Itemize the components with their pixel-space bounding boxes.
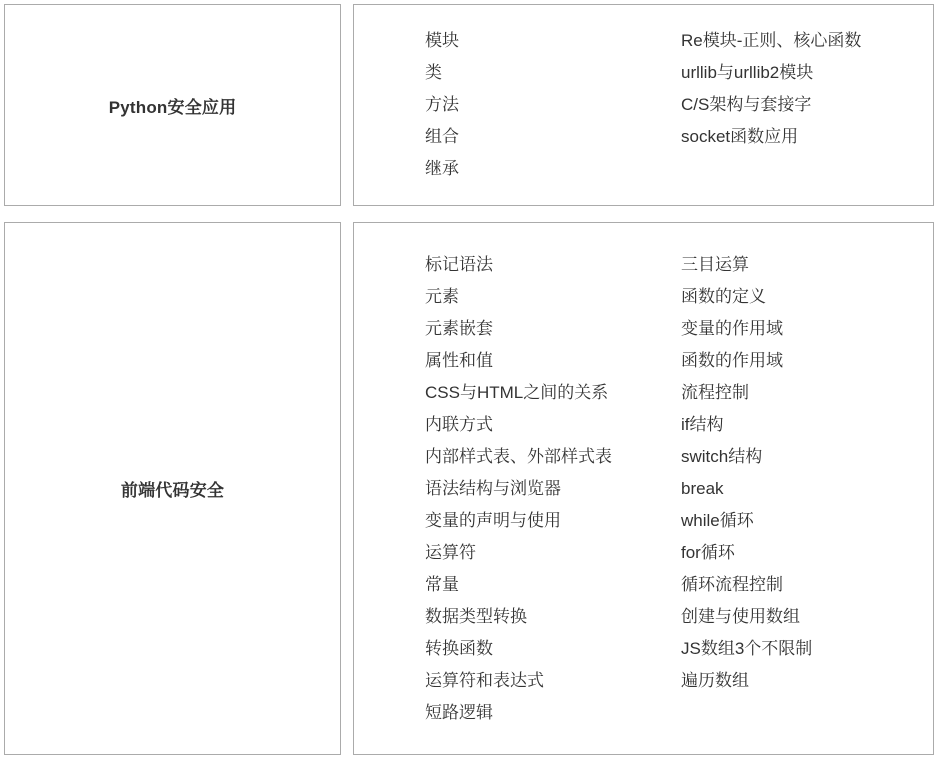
outline-item[interactable]: 属性和值 <box>425 345 681 377</box>
outline-item[interactable]: 三目运算 <box>681 249 933 281</box>
outline-item[interactable]: 元素 <box>425 281 681 313</box>
outline-item[interactable]: 遍历数组 <box>681 665 933 697</box>
subtopic-column-1: 模块类方法组合继承 <box>425 25 681 185</box>
outline-item[interactable]: 内部样式表、外部样式表 <box>425 441 681 473</box>
outline-item[interactable]: 语法结构与浏览器 <box>425 473 681 505</box>
outline-item[interactable]: 函数的定义 <box>681 281 933 313</box>
outline-item[interactable]: 元素嵌套 <box>425 313 681 345</box>
topic-title: 前端代码安全 <box>121 476 224 501</box>
outline-item[interactable]: 内联方式 <box>425 409 681 441</box>
subtopic-columns: 标记语法元素元素嵌套属性和值CSS与HTML之间的关系内联方式内部样式表、外部样… <box>354 249 933 729</box>
outline-item[interactable]: break <box>681 473 933 505</box>
outline-item[interactable]: if结构 <box>681 409 933 441</box>
subtopic-column-2: 三目运算函数的定义变量的作用域函数的作用域流程控制if结构switch结构bre… <box>681 249 933 697</box>
outline-item[interactable]: 函数的作用域 <box>681 345 933 377</box>
outline-item[interactable]: 转换函数 <box>425 633 681 665</box>
outline-item[interactable]: Re模块-正则、核心函数 <box>681 25 933 57</box>
outline-item[interactable]: 运算符和表达式 <box>425 665 681 697</box>
outline-item[interactable]: 类 <box>425 57 681 89</box>
subtopic-columns: 模块类方法组合继承 Re模块-正则、核心函数urllib与urllib2模块C/… <box>354 25 933 185</box>
outline-item[interactable]: 创建与使用数组 <box>681 601 933 633</box>
section-frontend-code-security: 前端代码安全 标记语法元素元素嵌套属性和值CSS与HTML之间的关系内联方式内部… <box>4 222 934 755</box>
outline-item[interactable]: CSS与HTML之间的关系 <box>425 377 681 409</box>
outline-item[interactable]: 继承 <box>425 153 681 185</box>
outline-item[interactable]: 变量的作用域 <box>681 313 933 345</box>
outline-item[interactable]: 标记语法 <box>425 249 681 281</box>
outline-item[interactable]: 方法 <box>425 89 681 121</box>
outline-item[interactable]: socket函数应用 <box>681 121 933 153</box>
subtopics-cell-frontend-code-security: 标记语法元素元素嵌套属性和值CSS与HTML之间的关系内联方式内部样式表、外部样… <box>353 222 934 755</box>
outline-item[interactable]: for循环 <box>681 537 933 569</box>
outline-item[interactable]: 组合 <box>425 121 681 153</box>
outline-item[interactable]: 常量 <box>425 569 681 601</box>
topic-cell-python-security[interactable]: Python安全应用 <box>4 4 341 206</box>
outline-item[interactable]: JS数组3个不限制 <box>681 633 933 665</box>
topic-title: Python安全应用 <box>109 93 237 118</box>
outline-item[interactable]: 运算符 <box>425 537 681 569</box>
outline-item[interactable]: 数据类型转换 <box>425 601 681 633</box>
outline-item[interactable]: 变量的声明与使用 <box>425 505 681 537</box>
topic-cell-frontend-code-security[interactable]: 前端代码安全 <box>4 222 341 755</box>
outline-item[interactable]: 循环流程控制 <box>681 569 933 601</box>
subtopics-cell-python-security: 模块类方法组合继承 Re模块-正则、核心函数urllib与urllib2模块C/… <box>353 4 934 206</box>
outline-item[interactable]: switch结构 <box>681 441 933 473</box>
outline-item[interactable]: C/S架构与套接字 <box>681 89 933 121</box>
outline-item[interactable]: 短路逻辑 <box>425 697 681 729</box>
outline-item[interactable]: urllib与urllib2模块 <box>681 57 933 89</box>
outline-item[interactable]: 流程控制 <box>681 377 933 409</box>
outline-item[interactable]: 模块 <box>425 25 681 57</box>
subtopic-column-2: Re模块-正则、核心函数urllib与urllib2模块C/S架构与套接字soc… <box>681 25 933 153</box>
section-python-security: Python安全应用 模块类方法组合继承 Re模块-正则、核心函数urllib与… <box>4 4 934 206</box>
outline-item[interactable]: while循环 <box>681 505 933 537</box>
outline-board: Python安全应用 模块类方法组合继承 Re模块-正则、核心函数urllib与… <box>0 0 939 763</box>
subtopic-column-1: 标记语法元素元素嵌套属性和值CSS与HTML之间的关系内联方式内部样式表、外部样… <box>425 249 681 729</box>
